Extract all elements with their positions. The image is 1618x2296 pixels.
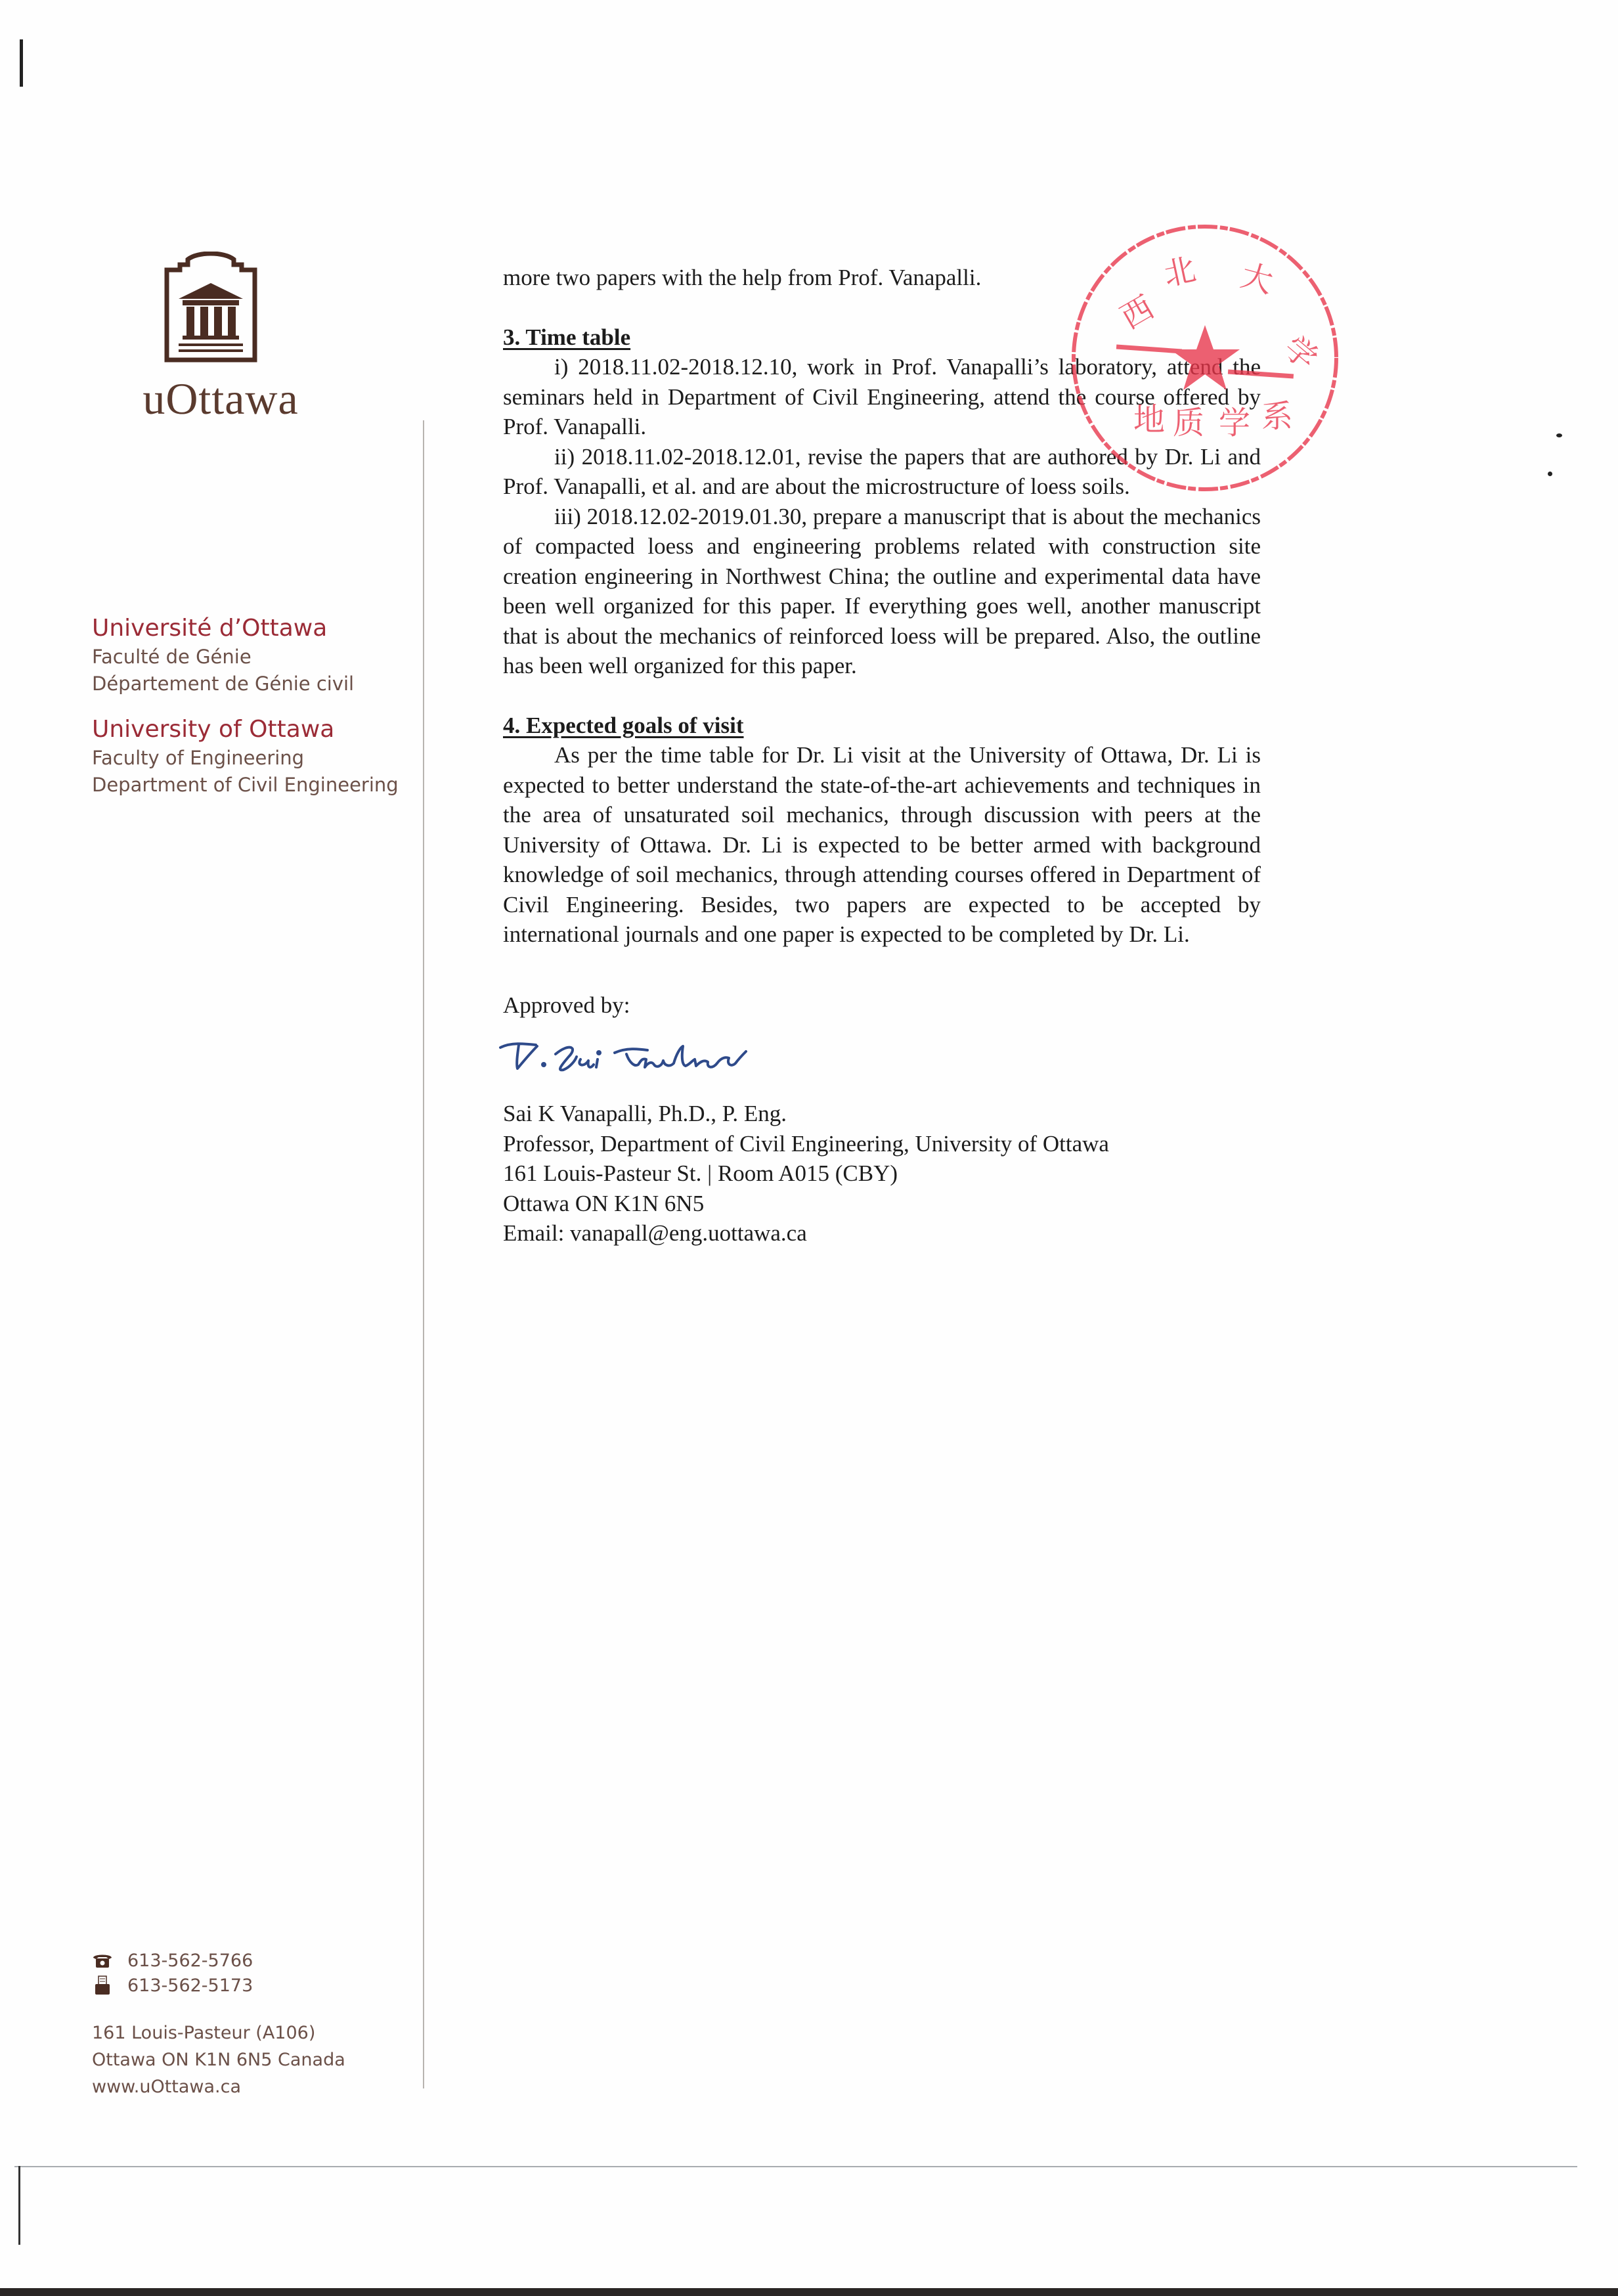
signer-name: Sai K Vanapalli, Ph.D., P. Eng. — [503, 1099, 1261, 1129]
signer-address: 161 Louis-Pasteur St. | Room A015 (CBY) — [503, 1159, 1261, 1189]
approval-block: Approved by: Sai K Vanapalli, Ph.D., P. … — [503, 990, 1261, 1248]
approved-by-label: Approved by: — [503, 990, 1261, 1021]
fax-row: 613-562-5173 — [92, 1973, 253, 1998]
address-line-1: 161 Louis-Pasteur (A106) — [92, 2020, 345, 2046]
faculty-fr: Faculté de Génie — [92, 644, 354, 671]
signer-title: Professor, Department of Civil Engineeri… — [503, 1129, 1261, 1159]
svg-text:西: 西 — [1114, 289, 1160, 337]
signer-email[interactable]: Email: vanapall@eng.uottawa.ca — [503, 1218, 1261, 1248]
svg-text:系: 系 — [1261, 398, 1293, 435]
svg-text:地: 地 — [1133, 401, 1165, 438]
department-en: Department of Civil Engineering — [92, 772, 399, 799]
brand-wordmark: uOttawa — [122, 373, 319, 425]
signer-city: Ottawa ON K1N 6N5 — [503, 1189, 1261, 1219]
telephone-icon — [92, 1952, 113, 1969]
scan-edge-line — [18, 2166, 20, 2245]
svg-text:质: 质 — [1173, 405, 1204, 441]
phone-row: 613-562-5766 — [92, 1948, 253, 1973]
scan-dust — [1548, 472, 1552, 476]
section-heading-goals: 4. Expected goals of visit — [503, 711, 1261, 741]
address-line-2: Ottawa ON K1N 6N5 Canada — [92, 2046, 345, 2073]
scan-edge-line — [14, 2166, 1577, 2167]
timetable-item: iii) 2018.12.02-2019.01.30, prepare a ma… — [503, 502, 1261, 681]
scan-artifact-mark — [20, 39, 23, 87]
svg-text:学: 学 — [1277, 329, 1324, 378]
svg-text:学: 学 — [1219, 405, 1250, 441]
org-english: University of Ottawa Faculty of Engineer… — [92, 715, 399, 799]
university-name-en: University of Ottawa — [92, 715, 399, 745]
scan-bottom-edge — [0, 2288, 1618, 2296]
scan-dust — [1556, 433, 1562, 437]
signature — [503, 1020, 1261, 1099]
university-name-fr: Université d’Ottawa — [92, 613, 354, 644]
svg-text:大: 大 — [1237, 257, 1277, 301]
fax-icon — [92, 1977, 113, 1994]
org-french: Université d’Ottawa Faculté de Génie Dép… — [92, 613, 354, 697]
contact-block: 613-562-5766 613-562-5173 — [92, 1948, 253, 1998]
phone-number: 613-562-5766 — [127, 1951, 253, 1971]
faculty-en: Faculty of Engineering — [92, 745, 399, 772]
fax-number: 613-562-5173 — [127, 1976, 253, 1996]
department-fr: Département de Génie civil — [92, 671, 354, 697]
sidebar-divider — [423, 420, 424, 2088]
svg-text:北: 北 — [1160, 251, 1199, 294]
letterhead-address: 161 Louis-Pasteur (A106) Ottawa ON K1N 6… — [92, 2020, 345, 2100]
goals-paragraph: As per the time table for Dr. Li visit a… — [503, 740, 1261, 950]
official-seal-stamp-icon: 西 北 大 学 地 质 学 系 — [1051, 204, 1359, 512]
website-link[interactable]: www.uOttawa.ca — [92, 2073, 345, 2100]
university-building-icon — [162, 252, 260, 363]
